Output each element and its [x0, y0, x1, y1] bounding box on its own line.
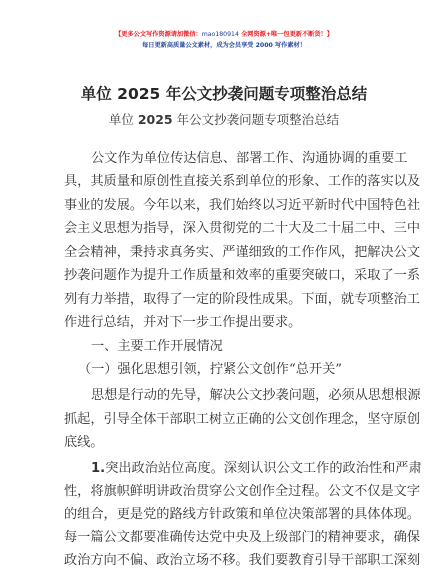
paragraph-line: 事业的发展。今年以来，我们始终以习近平新时代中国特色社	[64, 196, 420, 216]
paragraph-line: 每一篇公文都要准确传达党中央及上级部门的精神要求，确保	[64, 528, 420, 548]
section-heading: 一、主要工作开展情况	[64, 337, 223, 357]
document-page: 【更多公文写作资源请加微信：mao180914 全网资源+唯一包更新不断货！】 …	[0, 0, 448, 580]
promo-banner-line-2: 每日更新高质量公文素材，成为会员享受 2000 写作素材！	[0, 42, 448, 50]
subtitle-suffix: 年公文抄袭问题专项整治总结	[173, 112, 339, 127]
paragraph-line: 思想是行动的先导，解决公文抄袭问题，必须从思想根源	[64, 386, 421, 406]
paragraph-line: 全会精神，秉持求真务实、严谨细致的工作作风，把解决公文	[64, 243, 420, 263]
paragraph-line: 抓起，引导全体干部职工树立正确的公文创作理念，坚守原创	[64, 410, 420, 430]
paragraph-line: 具，其质量和原创性直接关系到单位的形象、工作的落实以及	[64, 172, 420, 192]
paragraph-line: 会主义思想为指导，深入贯彻党的二十大及二十届二中、三中	[64, 219, 420, 239]
paragraph-line: 作进行总结，并对下一步工作提出要求。	[64, 313, 301, 333]
paragraph-line: 底线。	[64, 433, 104, 453]
document-title: 单位 2025 年公文抄袭问题专项整治总结	[0, 83, 448, 105]
paragraph-line: 政治方向不偏、政治立场不移。我们要教育引导干部职工深刻	[64, 551, 420, 571]
paragraph-line: 列有力举措，取得了一定的阶段性成果。下面，就专项整治工	[64, 290, 420, 310]
subtitle-year: 2025	[138, 112, 173, 127]
numbered-item-line: 1.突出政治站位高度。深刻认识公文工作的政治性和严肃	[64, 459, 422, 479]
item-text: 突出政治站位高度。深刻认识公文工作的政治性和严肃	[105, 461, 422, 476]
paragraph-line: 性，将旗帜鲜明讲政治贯穿公文创作全过程。公文不仅是文字	[64, 482, 420, 502]
wechat-id: mao180914	[202, 31, 239, 38]
item-number: 1.	[91, 461, 105, 476]
subsection-heading: （一）强化思想引领，拧紧公文创作“总开关”	[64, 360, 342, 380]
promo-text-suffix: 全网资源+唯一包更新不断货！】	[239, 31, 333, 38]
promo-text-prefix: 【更多公文写作资源请加微信：	[115, 31, 202, 38]
paragraph-line: 的组合，更是党的路线方针政策和单位决策部署的具体体现。	[64, 505, 420, 525]
paragraph-line: 公文作为单位传达信息、部署工作、沟通协调的重要工	[64, 149, 408, 169]
document-subtitle: 单位 2025 年公文抄袭问题专项整治总结	[0, 111, 448, 129]
subtitle-prefix: 单位	[109, 112, 138, 127]
promo-banner-line-1: 【更多公文写作资源请加微信：mao180914 全网资源+唯一包更新不断货！】	[0, 31, 448, 39]
paragraph-line: 抄袭问题作为提升工作质量和效率的重要突破口，采取了一系	[64, 266, 420, 286]
